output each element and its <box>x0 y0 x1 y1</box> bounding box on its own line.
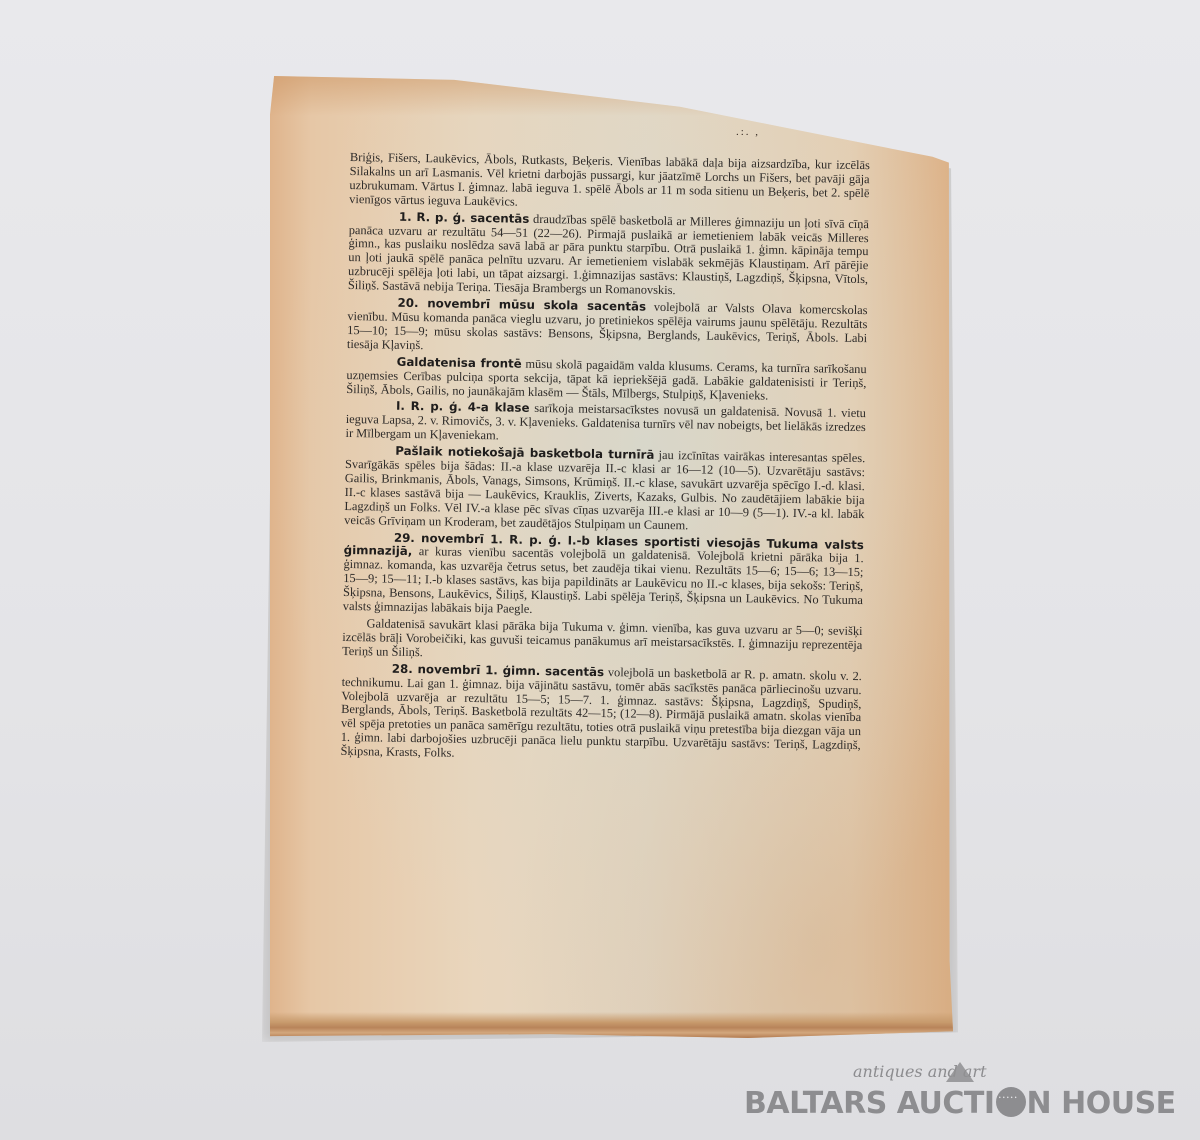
paragraph: Pašlaik notiekošajā basketbola turnīrā j… <box>344 444 865 536</box>
paragraph: Briģis, Fišers, Laukēvics, Ābols, Rutkas… <box>349 151 870 215</box>
page-marks: .:. , <box>736 126 760 138</box>
brand-text-start: BALTARS AUCTI <box>744 1086 995 1121</box>
paragraph-text: volejbolā un basketbolā ar R. p. amatn. … <box>340 665 861 760</box>
crown-icon <box>946 1062 974 1082</box>
paragraph-text: Galdatenisā savukārt klasi pārāka bija T… <box>342 616 863 659</box>
paragraph: 28. novembrī 1. ģimn. sacentās volejbolā… <box>340 662 861 767</box>
paragraph: 29. novembrī 1. R. p. ģ. I.-b klases spo… <box>343 531 864 623</box>
article-body: Briģis, Fišers, Laukēvics, Ābols, Rutkas… <box>340 151 870 770</box>
paragraph-text: Briģis, Fišers, Laukēvics, Ābols, Rutkas… <box>349 150 870 208</box>
paragraph-text: ar kuras vienību sacentās volejbolā un g… <box>343 544 864 616</box>
paragraph-text: jau izcīnītas vairākas interesantas spēl… <box>344 448 865 532</box>
paragraph: 20. novembrī mūsu skola sacentās volejbo… <box>347 296 868 360</box>
brand-text-end: N HOUSE <box>1027 1086 1176 1121</box>
dot-circle-icon <box>996 1087 1026 1117</box>
watermark-brand: BALTARS AUCTIN HOUSE <box>744 1086 1176 1121</box>
paragraph: I. R. p. ģ. 4-a klase sarīkoja meistarsa… <box>345 399 866 449</box>
paragraph: Galdatenisā savukārt klasi pārāka bija T… <box>342 617 863 667</box>
paper-stain <box>270 76 953 116</box>
document-page: .:. , Briģis, Fišers, Laukēvics, Ābols, … <box>270 76 953 1038</box>
paragraph-text: draudzības spēlē basketbolā ar Milleres … <box>348 211 869 297</box>
paragraph: Galdatenisa frontē mūsu skolā pagaidām v… <box>346 355 867 405</box>
paragraph: 1. R. p. ģ. sacentās draudzības spēlē ba… <box>348 210 869 302</box>
